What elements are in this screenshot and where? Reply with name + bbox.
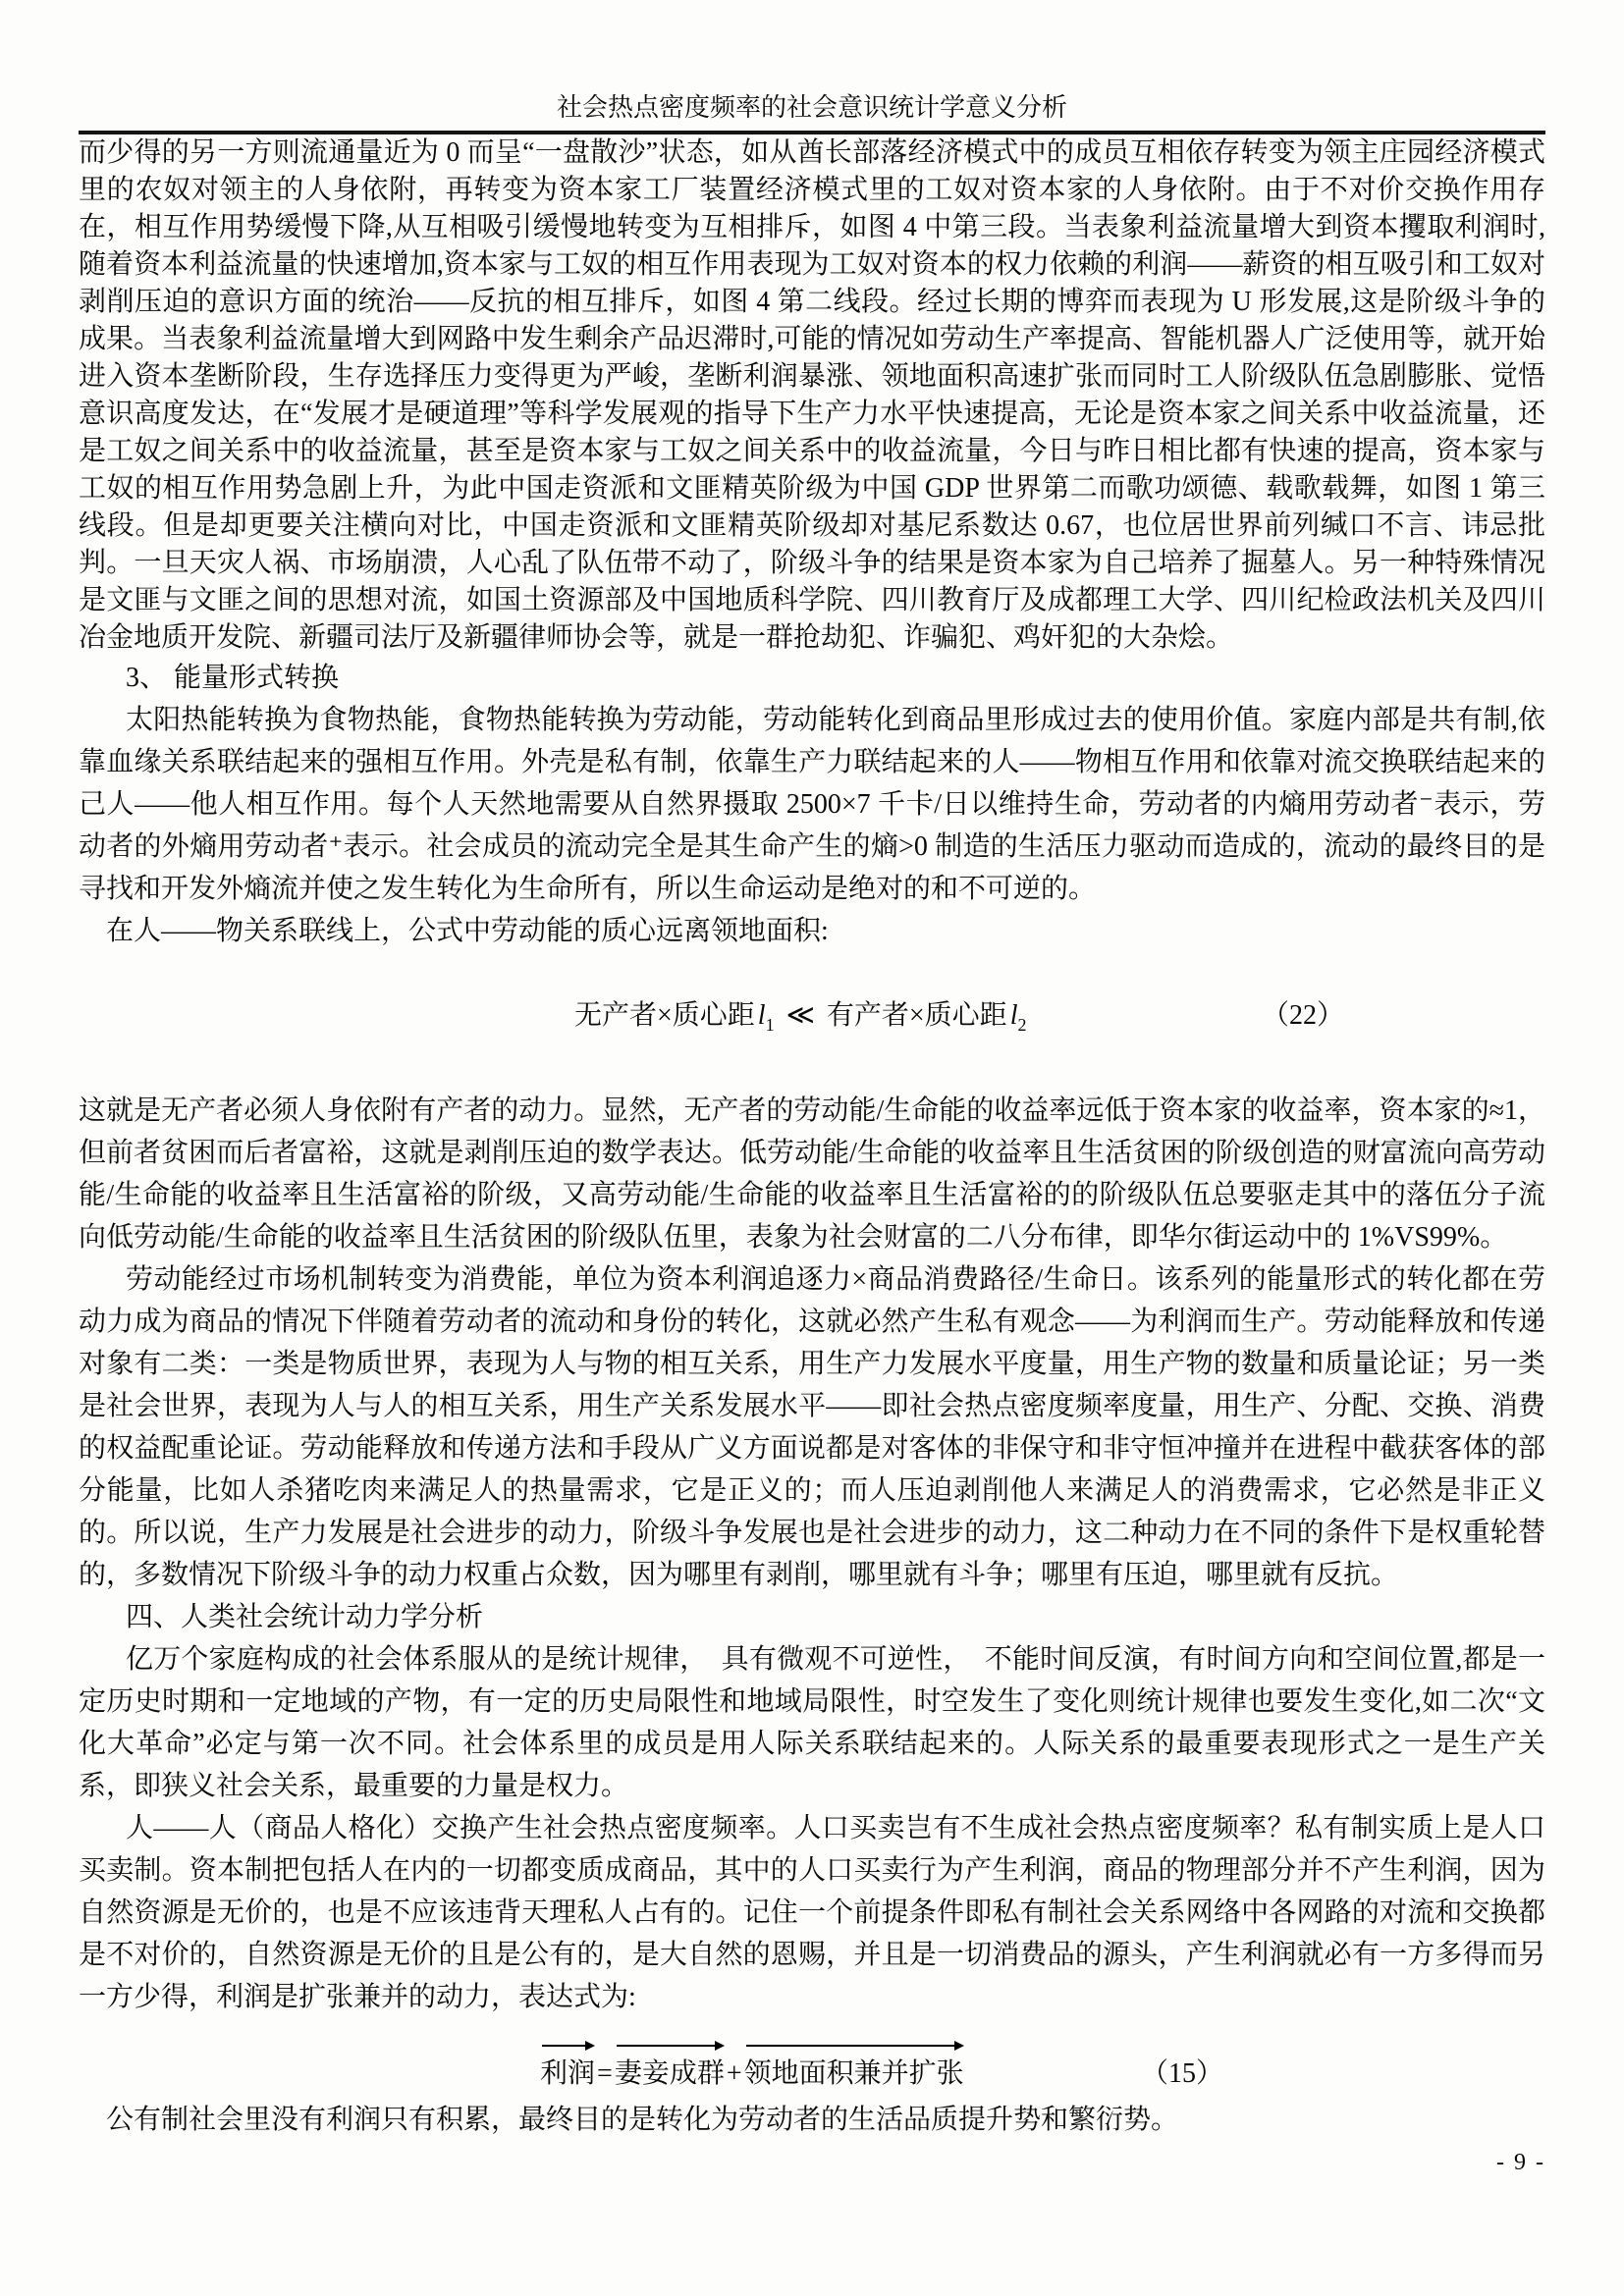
formula-22-lhs-variable: l [755,1000,766,1031]
formula-22-number: （22） [1262,993,1344,1033]
formula-22-rhs-variable: l [1007,1000,1018,1031]
paragraph-5: 劳动能经过市场机制转变为消费能，单位为资本利润追逐力×商品消费路径/生命日。该系… [79,1258,1545,1596]
formula-15-lhs-vector: 利润 [540,2052,595,2091]
paragraph-3: 在人——物关系联线上，公式中劳动能的质心远离领地面积: [79,910,1545,952]
formula-22-lhs-subscript: 1 [766,1015,775,1035]
paragraph-6: 亿万个家庭构成的社会体系服从的是统计规律， 具有微观不可逆性， 不能时间反演，有… [79,1638,1545,1807]
paragraph-4: 这就是无产者必须人身依附有产者的动力。显然，无产者的劳动能/生命能的收益率远低于… [79,1090,1545,1258]
paragraph-7: 人——人（商品人格化）交换产生社会热点密度频率。人口买卖岂有不生成社会热点密度频… [79,1807,1545,2018]
document-page: 社会热点密度频率的社会意识统计学意义分析 而少得的另一方则流通量近为 0 而呈“… [0,0,1624,2296]
paragraph-1: 而少得的另一方则流通量近为 0 而呈“一盘散沙”状态，如从酋长部落经济模式中的成… [79,134,1545,657]
section-heading-3: 3、 能量形式转换 [79,657,1545,699]
much-less-than-symbol: ≪ [775,1000,827,1031]
formula-15-number: （15） [1141,2052,1223,2091]
formula-15: 利润=妻妾成群+领地面积兼并扩张 （15） [79,2038,1545,2095]
paragraph-2: 太阳热能转换为食物热能，食物热能转换为劳动能，劳动能转化到商品里形成过去的使用价… [79,699,1545,910]
page-title: 社会热点密度频率的社会意识统计学意义分析 [79,92,1545,124]
formula-22-lhs: 无产者×质心距 [574,1000,755,1031]
formula-22-rhs-subscript: 2 [1017,1015,1026,1035]
paragraph-8: 公有制社会里没有利润只有积累，最终目的是转化为劳动者的生活品质提升势和繁衍势。 [79,2099,1545,2141]
formula-15-expression: 利润=妻妾成群+领地面积兼并扩张 [540,2052,964,2091]
formula-15-term2-vector: 领地面积兼并扩张 [744,2052,964,2091]
equals-sign: = [595,2058,615,2089]
page-number: - 9 - [1496,2150,1545,2176]
section-heading-4: 四、人类社会统计动力学分析 [79,1596,1545,1638]
formula-22-rhs: 有产者×质心距 [827,1000,1007,1031]
plus-sign: + [725,2058,744,2089]
formula-22-expression: 无产者×质心距l1≪有产者×质心距l2 [574,993,1026,1036]
formula-22: 无产者×质心距l1≪有产者×质心距l2 （22） [79,993,1545,1041]
formula-15-term1-vector: 妻妾成群 [615,2052,725,2091]
